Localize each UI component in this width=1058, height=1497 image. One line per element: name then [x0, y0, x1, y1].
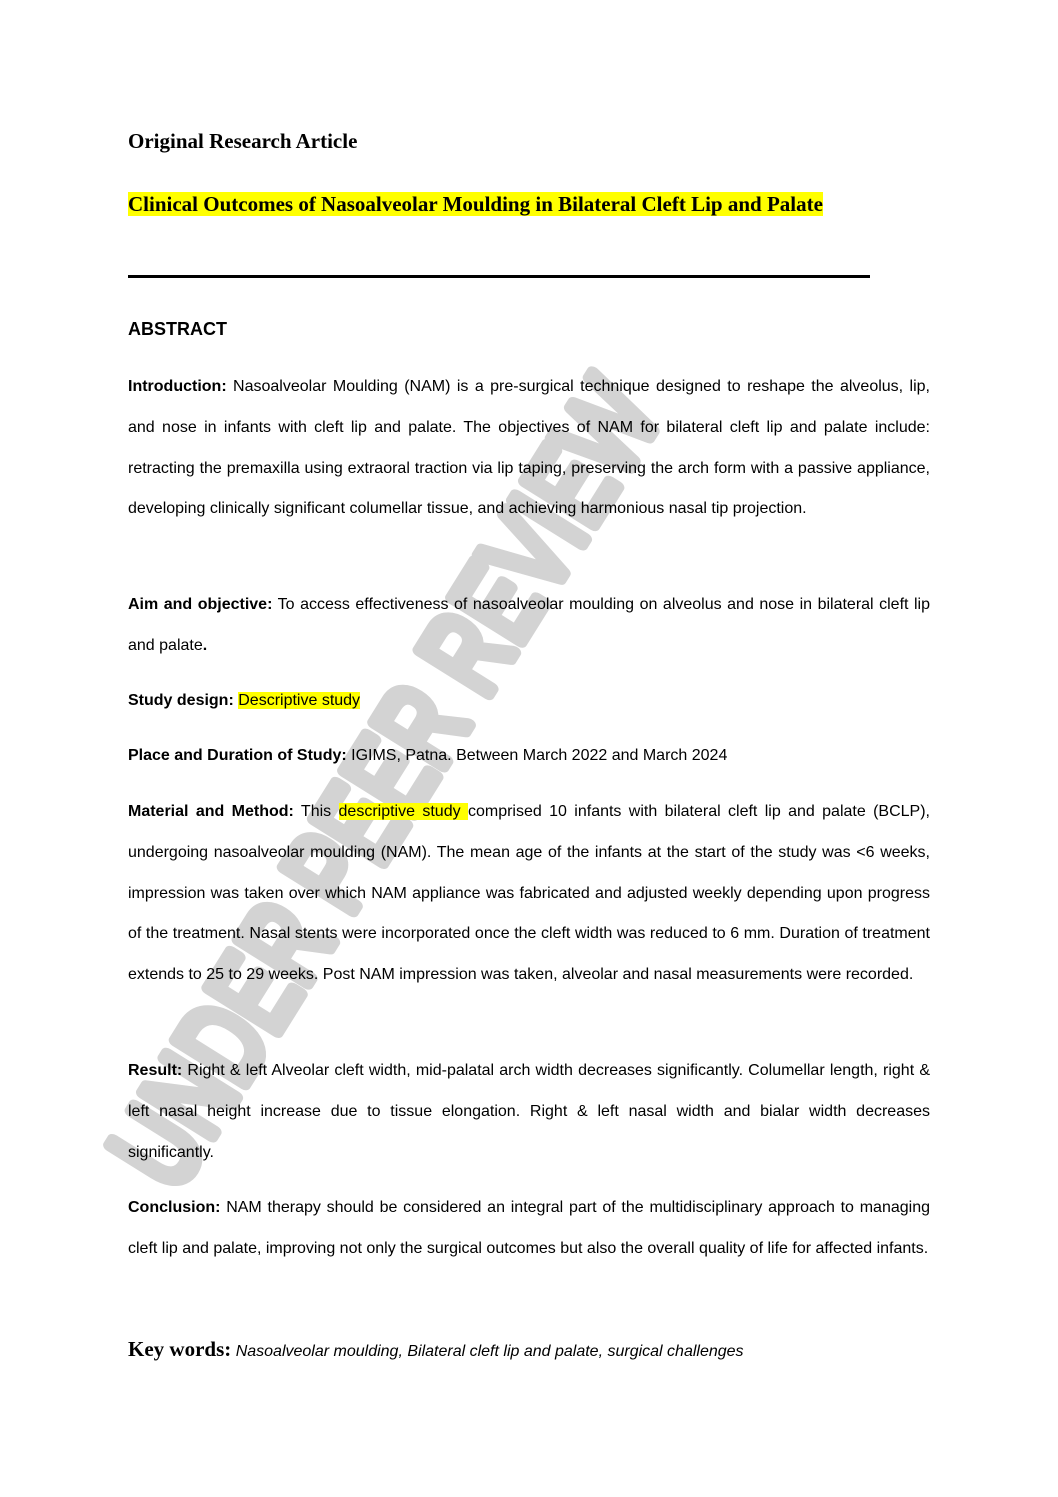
keywords: Key words: Nasoalveolar moulding, Bilate…: [128, 1336, 744, 1365]
abstract-method: Material and Method: This descriptive st…: [128, 792, 930, 996]
conclusion-label: Conclusion:: [128, 1199, 220, 1216]
result-label: Result:: [128, 1062, 182, 1079]
introduction-label: Introduction:: [128, 378, 227, 395]
method-pre: This: [294, 803, 339, 820]
abstract-place-duration: Place and Duration of Study: IGIMS, Patn…: [128, 736, 930, 777]
place-duration-text: IGIMS, Patna. Between March 2022 and Mar…: [347, 747, 728, 764]
method-text: comprised 10 infants with bilateral clef…: [128, 803, 930, 983]
abstract-heading: ABSTRACT: [128, 318, 227, 340]
method-label: Material and Method:: [128, 803, 294, 820]
abstract-conclusion: Conclusion: NAM therapy should be consid…: [128, 1188, 930, 1270]
abstract-study-design: Study design: Descriptive study: [128, 681, 930, 722]
place-duration-label: Place and Duration of Study:: [128, 747, 347, 764]
abstract-introduction: Introduction: Nasoalveolar Moulding (NAM…: [128, 367, 930, 530]
article-title: Clinical Outcomes of Nasoalveolar Mouldi…: [128, 191, 823, 217]
introduction-text: Nasoalveolar Moulding (NAM) is a pre-sur…: [128, 378, 930, 517]
keywords-text: Nasoalveolar moulding, Bilateral cleft l…: [231, 1343, 743, 1360]
article-title-text: Clinical Outcomes of Nasoalveolar Mouldi…: [128, 192, 823, 216]
result-text: Right & left Alveolar cleft width, mid-p…: [128, 1062, 930, 1161]
title-divider: [128, 275, 870, 278]
abstract-aim: Aim and objective: To access effectivene…: [128, 585, 930, 667]
aim-end: .: [203, 637, 207, 654]
aim-label: Aim and objective:: [128, 596, 272, 613]
document-page: UNDER PEER REVIEW Original Research Arti…: [0, 0, 1058, 1497]
conclusion-text: NAM therapy should be considered an inte…: [128, 1199, 930, 1257]
abstract-result: Result: Right & left Alveolar cleft widt…: [128, 1051, 930, 1173]
study-design-text: Descriptive study: [238, 692, 360, 709]
keywords-label: Key words:: [128, 1337, 231, 1361]
article-type: Original Research Article: [128, 128, 357, 154]
method-highlight: descriptive study: [339, 803, 468, 820]
study-design-label: Study design:: [128, 692, 234, 709]
